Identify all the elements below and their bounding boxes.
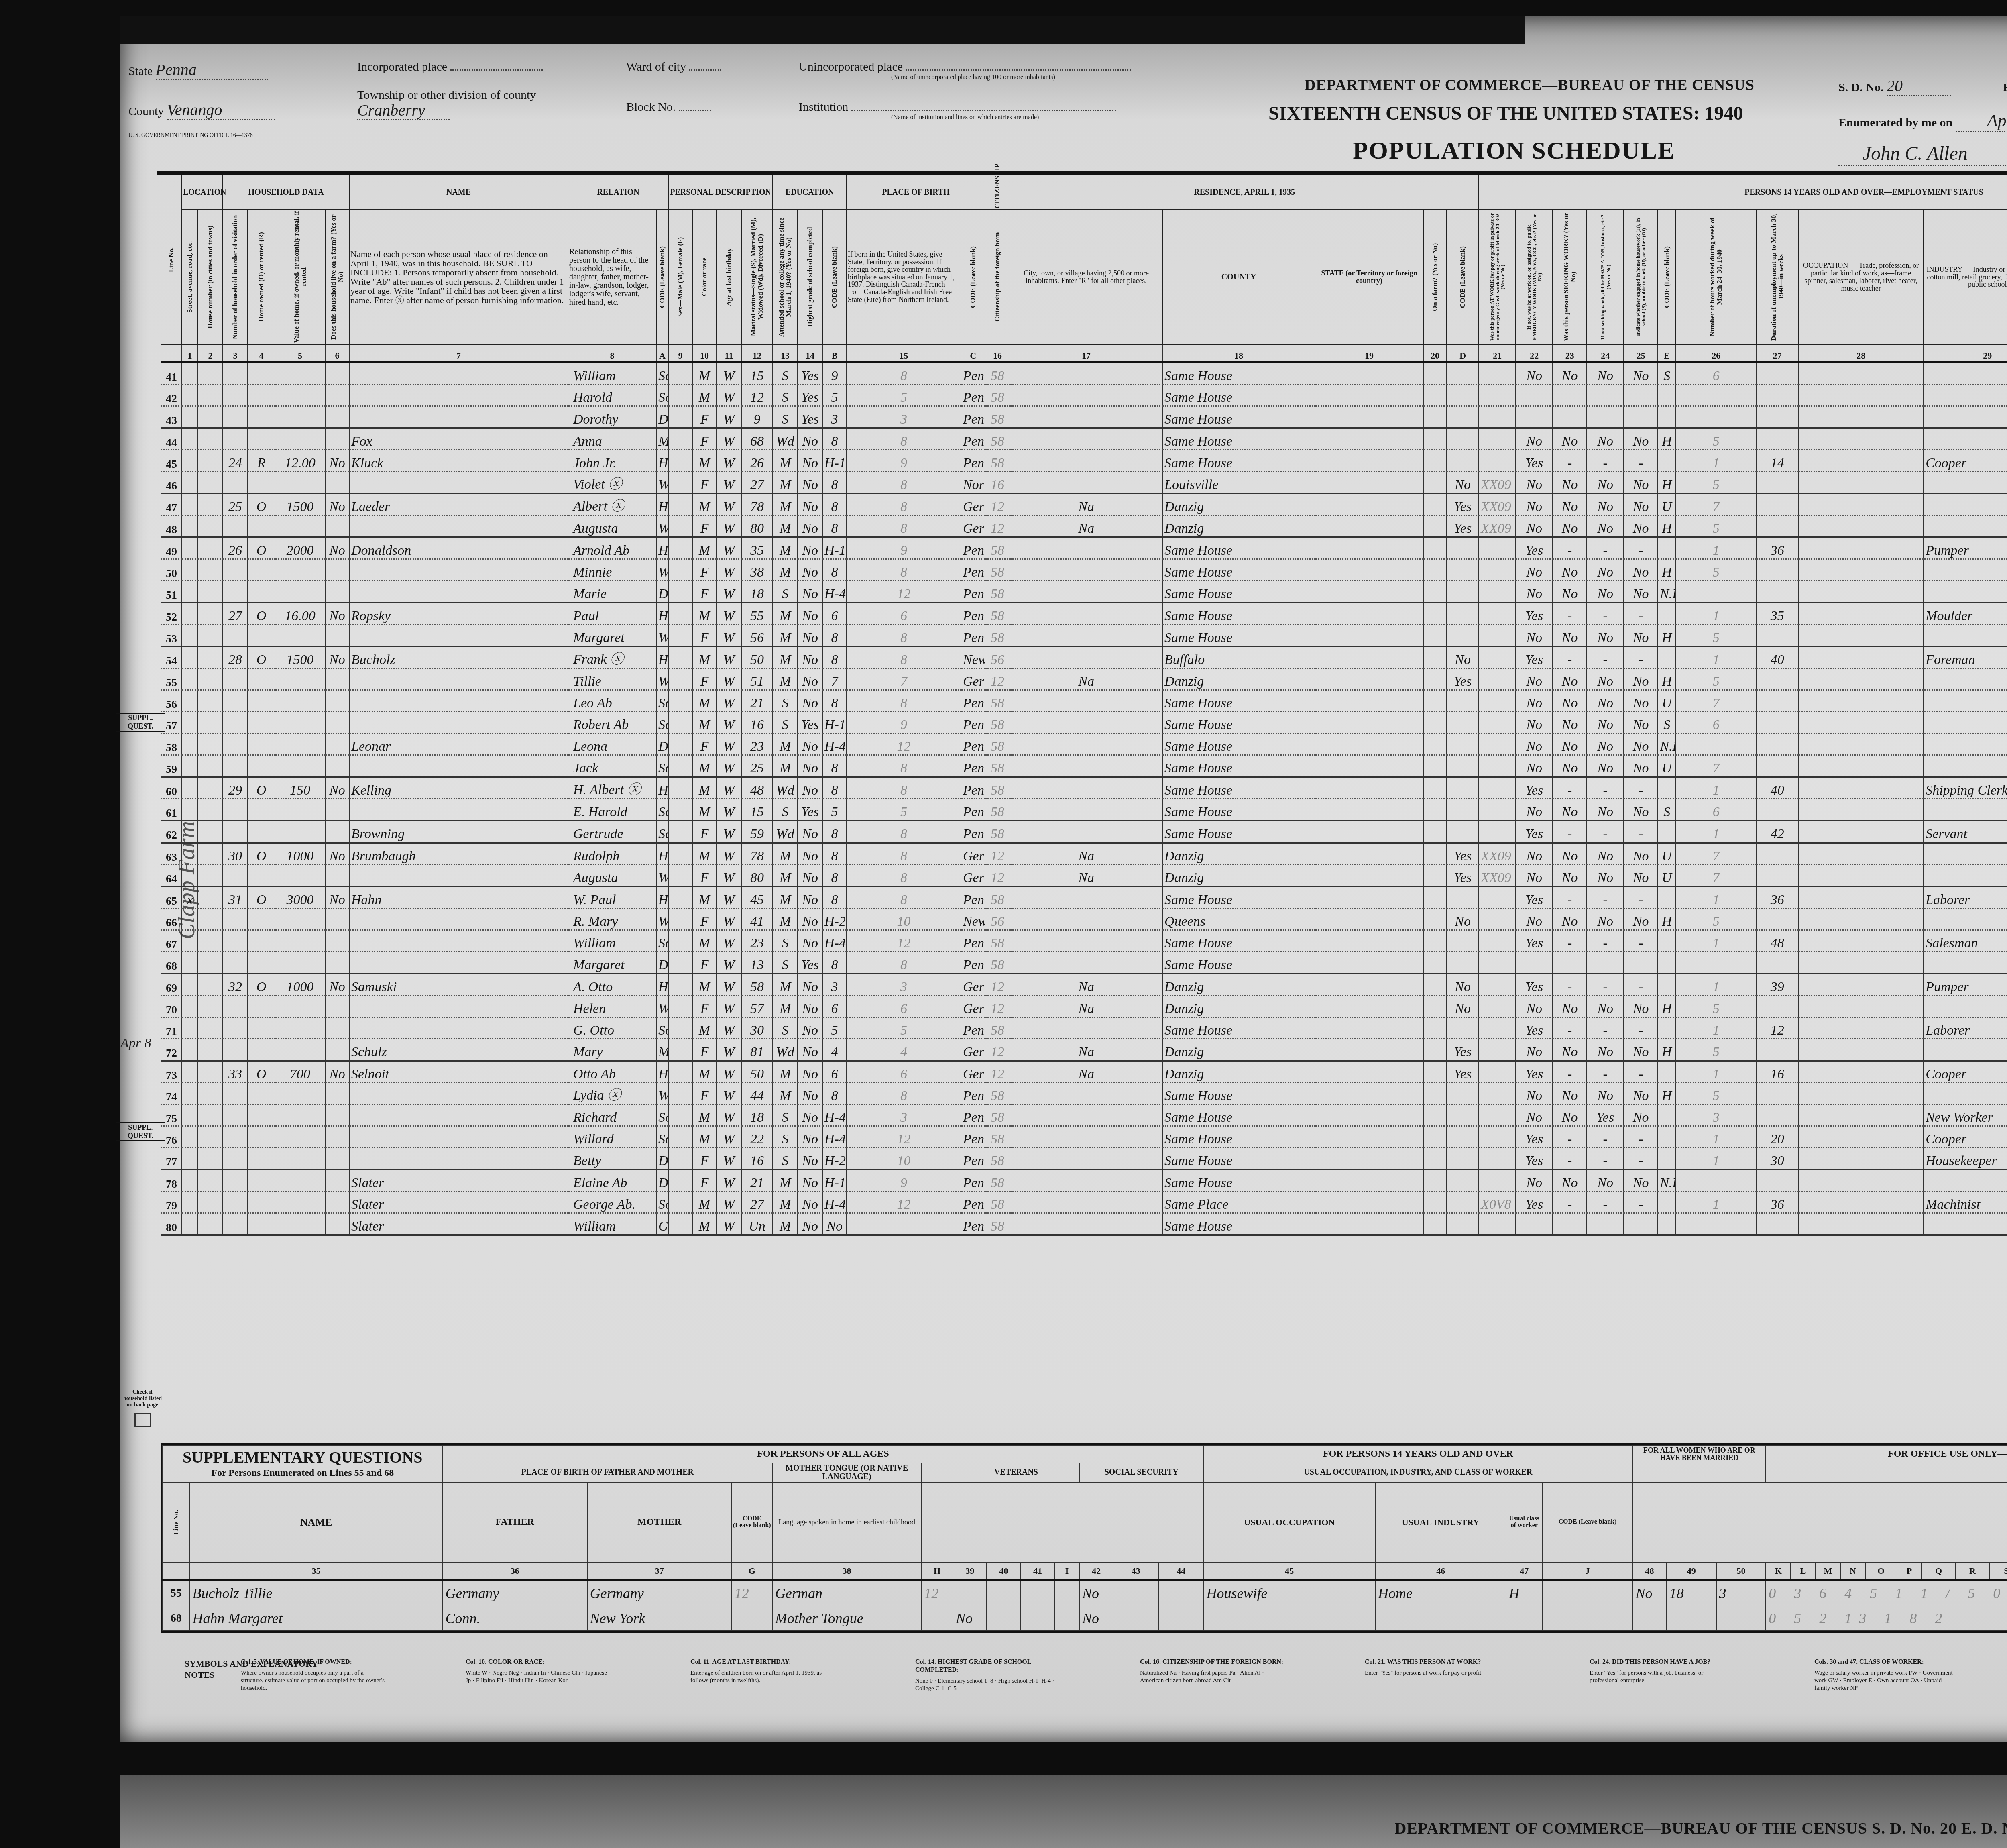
cell-res_city: Same House [1162, 799, 1315, 821]
cell-street [182, 821, 198, 843]
cell-value [275, 1148, 325, 1170]
cell-codeB: 5 [847, 799, 961, 821]
supp-column-number: 40 [987, 1563, 1020, 1580]
cell-codeC: 58 [985, 712, 1010, 733]
supp-cell-empty [987, 1580, 1020, 1606]
column-number: 7 [349, 344, 568, 362]
cell-c24: No [1624, 1039, 1658, 1061]
line-number: 44 [161, 428, 182, 450]
cell-hours [1756, 668, 1798, 690]
cell-c22: No [1553, 865, 1587, 887]
cell-own [248, 406, 275, 428]
cell-street [182, 1017, 198, 1039]
line-number: 51 [161, 581, 182, 603]
cell-surname [349, 625, 568, 647]
cell-sex: M [692, 362, 716, 385]
cell-res_state [1423, 865, 1447, 887]
cell-res_city: Louisville [1162, 472, 1315, 494]
cell-farm [325, 755, 349, 777]
column-number: D [1447, 344, 1479, 362]
cell-res_state [1423, 385, 1447, 406]
cell-codeD [1479, 996, 1516, 1017]
cell-codeE [1676, 952, 1756, 974]
cell-hh [223, 428, 248, 450]
cell-age: 23 [741, 930, 773, 952]
line-number: 60 [161, 777, 182, 799]
cell-res_farm [1447, 362, 1479, 385]
cell-street [182, 1213, 198, 1235]
line-number: 62 [161, 821, 182, 843]
cell-res_state [1423, 603, 1447, 625]
enumeration-date-field: Enumerated by me on April 6 , 1940. [1838, 110, 2007, 132]
cell-street [182, 712, 198, 733]
cell-hh [223, 362, 248, 385]
cell-codeC: 12 [985, 668, 1010, 690]
cell-grade: 8 [822, 755, 847, 777]
cell-hh [223, 515, 248, 538]
cell-mar: M [773, 1170, 798, 1192]
cell-codeD [1479, 668, 1516, 690]
cell-race: W [716, 996, 741, 1017]
cell-codeE [1676, 385, 1756, 406]
cell-grade: 7 [822, 668, 847, 690]
cell-res_state [1423, 668, 1447, 690]
cell-hh [223, 1083, 248, 1104]
cell-house [198, 690, 223, 712]
cell-res_city: Danzig [1162, 1061, 1315, 1083]
cell-c22: No [1553, 909, 1587, 930]
cell-race: W [716, 603, 741, 625]
cell-house [198, 1104, 223, 1126]
cell-codeC: 58 [985, 755, 1010, 777]
cell-c24 [1624, 406, 1658, 428]
cell-c23: No [1587, 625, 1624, 647]
cell-surname: Donaldson [349, 537, 568, 559]
cell-codeB: 10 [847, 909, 961, 930]
cell-res_state [1423, 1192, 1447, 1213]
cell-race: W [716, 865, 741, 887]
cell-occ [1924, 515, 2007, 538]
supp-cell-name: Hahn Margaret [190, 1606, 443, 1631]
cell-res_farm: Yes [1447, 1061, 1479, 1083]
cell-weeks_unemp [1798, 1083, 1924, 1104]
cell-occ [1924, 493, 2007, 515]
cell-age: 13 [741, 952, 773, 974]
line-number: 72 [161, 1039, 182, 1061]
cell-value: 1000 [275, 974, 325, 996]
table-row: 7333O700NoSelnoitOtto AbHeadMW50MNo66Ger… [161, 1061, 2007, 1083]
cell-codeD [1479, 690, 1516, 712]
cell-birth: Germany [961, 974, 985, 996]
cell-codeC: 12 [985, 515, 1010, 538]
cell-sch: No [798, 1039, 822, 1061]
cell-sex: M [692, 799, 716, 821]
township-field: Township or other division of county Cra… [357, 88, 582, 120]
cell-mar: S [773, 581, 798, 603]
supp-column-number: G [732, 1563, 772, 1580]
cell-c23: - [1587, 1061, 1624, 1083]
cell-weeks_unemp [1798, 1213, 1924, 1235]
cell-surname [349, 690, 568, 712]
cell-sex: F [692, 581, 716, 603]
cell-hours: 36 [1756, 1192, 1798, 1213]
cell-rel: Daughter [656, 952, 668, 974]
cell-age: 16 [741, 712, 773, 733]
line-number: 58 [161, 733, 182, 755]
cell-grade: 8 [822, 472, 847, 494]
line-number: 53 [161, 625, 182, 647]
cell-codeD [1479, 362, 1516, 385]
cell-c21: Yes [1516, 821, 1553, 843]
cell-sch: No [798, 996, 822, 1017]
cell-res_county [1315, 362, 1423, 385]
cell-res_farm [1447, 886, 1479, 909]
cell-res_farm [1447, 952, 1479, 974]
cell-res_county [1315, 1148, 1423, 1170]
cell-c25 [1658, 385, 1676, 406]
cell-codeC: 58 [985, 1126, 1010, 1148]
column-number: 6 [325, 344, 349, 362]
cell-birth: Penna [961, 712, 985, 733]
footnote: Cols. 30 and 47. CLASS OF WORKER:Wage or… [1814, 1658, 1959, 1692]
household-check-box[interactable] [134, 1413, 151, 1427]
enumeration-date-value: April 6 [1956, 110, 2007, 132]
cell-res_city: Same House [1162, 406, 1315, 428]
cell-codeB: 8 [847, 428, 961, 450]
cell-house [198, 821, 223, 843]
cell-res_farm [1447, 1213, 1479, 1235]
cell-sex: M [692, 690, 716, 712]
cell-occ: Servant [1924, 821, 2007, 843]
incorporated-place-field: Incorporated place [357, 60, 543, 74]
cell-cit: Na [1010, 493, 1162, 515]
cell-res_city: Same House [1162, 952, 1315, 974]
cell-birth: Penna [961, 1017, 985, 1039]
county-field: County Venango [128, 100, 275, 120]
cell-weeks_unemp [1798, 515, 1924, 538]
cell-c24: No [1624, 843, 1658, 865]
cell-cit: Na [1010, 515, 1162, 538]
cell-street [182, 1192, 198, 1213]
cell-house [198, 646, 223, 668]
explanatory-notes: SYMBOLS AND EXPLANATORY NOTESCol. 5. VAL… [161, 1658, 2007, 1738]
supp-column-number: 46 [1375, 1563, 1506, 1580]
cell-res_state [1423, 406, 1447, 428]
cell-codeA [668, 428, 692, 450]
group-residence: RESIDENCE, APRIL 1, 1935 [1010, 175, 1479, 210]
cell-given: W. Paul [568, 886, 656, 909]
cell-sch: No [798, 690, 822, 712]
cell-value [275, 625, 325, 647]
line-number: 55 [161, 668, 182, 690]
line-number: 65 [161, 886, 182, 909]
cell-mar: M [773, 625, 798, 647]
cell-birth: Germany [961, 843, 985, 865]
cell-res_state [1423, 581, 1447, 603]
cell-codeB: 12 [847, 1126, 961, 1148]
cell-c23: No [1587, 865, 1624, 887]
table-row: 61E. HaroldSonMW15SYes55Penna58Same Hous… [161, 799, 2007, 821]
cell-race: W [716, 472, 741, 494]
cell-c22: - [1553, 974, 1587, 996]
cell-c25: S [1658, 712, 1676, 733]
cell-sex: F [692, 909, 716, 930]
cell-c22 [1553, 406, 1587, 428]
cell-codeD [1479, 559, 1516, 581]
cell-codeA [668, 865, 692, 887]
cell-res_farm [1447, 799, 1479, 821]
supplementary-subtitle: For Persons Enumerated on Lines 55 and 6… [164, 1468, 442, 1478]
line-number: 52 [161, 603, 182, 625]
supp-column-number: 45 [1203, 1563, 1375, 1580]
cell-street [182, 909, 198, 930]
supp-cell-empty [1158, 1606, 1204, 1631]
cell-sch: No [798, 537, 822, 559]
cell-given: Betty [568, 1148, 656, 1170]
cell-given: Harold [568, 385, 656, 406]
cell-grade: 8 [822, 428, 847, 450]
cell-given: Albert ⓧ [568, 493, 656, 515]
cell-house [198, 428, 223, 450]
cell-given: George Ab. [568, 1192, 656, 1213]
cell-res_county [1315, 493, 1423, 515]
cell-sex: M [692, 843, 716, 865]
cell-grade: 6 [822, 603, 847, 625]
line-number: 41 [161, 362, 182, 385]
table-row: 42HaroldSonMW12SYes55Penna58Same House42 [161, 385, 2007, 406]
cell-mar: S [773, 690, 798, 712]
line-number: 64 [161, 865, 182, 887]
cell-weeks_unemp [1798, 1039, 1924, 1061]
cell-res_state [1423, 1213, 1447, 1235]
line-number: 75 [161, 1104, 182, 1126]
cell-codeA [668, 690, 692, 712]
cell-hh [223, 930, 248, 952]
cell-rel: Son [656, 799, 668, 821]
cell-res_state [1423, 1017, 1447, 1039]
cell-value: 2000 [275, 537, 325, 559]
cell-codeC: 58 [985, 886, 1010, 909]
cell-c21: Yes [1516, 930, 1553, 952]
cell-own [248, 668, 275, 690]
table-row: 4725O1500NoLaederAlbert ⓧHeadMW78MNo88Ge… [161, 493, 2007, 515]
cell-res_city: Same House [1162, 1213, 1315, 1235]
cell-codeA [668, 537, 692, 559]
supp-cell-ind: Home [1375, 1580, 1506, 1606]
cell-race: W [716, 690, 741, 712]
cell-birth: Germany [961, 1061, 985, 1083]
cell-occ [1924, 406, 2007, 428]
cell-codeB: 8 [847, 1083, 961, 1104]
cell-mar: M [773, 603, 798, 625]
cell-c22: - [1553, 537, 1587, 559]
cell-c23: No [1587, 1170, 1624, 1192]
header-rule [157, 171, 2007, 175]
cell-own: O [248, 1061, 275, 1083]
supp-column-number: P [1897, 1563, 1922, 1580]
cell-codeB: 4 [847, 1039, 961, 1061]
supp-column-number: 47 [1506, 1563, 1542, 1580]
cell-c22: No [1553, 755, 1587, 777]
cell-codeA [668, 909, 692, 930]
cell-c24: No [1624, 712, 1658, 733]
cell-res_county [1315, 1126, 1423, 1148]
cell-c24: No [1624, 755, 1658, 777]
cell-c23: - [1587, 1017, 1624, 1039]
cell-own: O [248, 537, 275, 559]
cell-c24: - [1624, 886, 1658, 909]
cell-value: 16.00 [275, 603, 325, 625]
cell-cit [1010, 886, 1162, 909]
cell-sex: M [692, 1061, 716, 1083]
cell-codeB: 5 [847, 385, 961, 406]
cell-farm: No [325, 646, 349, 668]
cell-race: W [716, 1017, 741, 1039]
cell-codeD [1479, 1061, 1516, 1083]
cell-value: 1500 [275, 646, 325, 668]
cell-codeA [668, 362, 692, 385]
cell-codeB: 9 [847, 1170, 961, 1192]
cell-c24: No [1624, 362, 1658, 385]
supp-cell-w49 [1667, 1606, 1716, 1631]
line-number: 80 [161, 1213, 182, 1235]
cell-own [248, 385, 275, 406]
cell-given: Tillie [568, 668, 656, 690]
cell-given: Leona [568, 733, 656, 755]
cell-house [198, 1170, 223, 1192]
line-number: 54 [161, 646, 182, 668]
cell-c23: - [1587, 930, 1624, 952]
cell-hours [1756, 712, 1798, 733]
cell-c22: No [1553, 559, 1587, 581]
group-header-row: Line No. LOCATION HOUSEHOLD DATA NAME RE… [161, 175, 2007, 210]
cell-farm [325, 515, 349, 538]
cell-farm [325, 952, 349, 974]
cell-codeD: XX09 [1479, 865, 1516, 887]
cell-res_city: Same House [1162, 603, 1315, 625]
table-row: 67WilliamSonMW23SNoH-412Penna58Same Hous… [161, 930, 2007, 952]
cell-own: O [248, 777, 275, 799]
cell-weeks_unemp [1798, 799, 1924, 821]
cell-cit [1010, 385, 1162, 406]
cell-c21: No [1516, 1104, 1553, 1126]
cell-age: 12 [741, 385, 773, 406]
cell-occ [1924, 865, 2007, 887]
cell-codeB: 8 [847, 865, 961, 887]
cell-res_city: Same House [1162, 559, 1315, 581]
cell-given: Anna [568, 428, 656, 450]
cell-codeE: 1 [1676, 1017, 1756, 1039]
cell-c24: - [1624, 1192, 1658, 1213]
cell-c23: No [1587, 996, 1624, 1017]
cell-value [275, 952, 325, 974]
cell-surname [349, 1148, 568, 1170]
footnote: Col. 5. VALUE OF HOME, IF OWNED:Where ow… [241, 1658, 385, 1692]
column-number: 26 [1676, 344, 1756, 362]
cell-c25: H [1658, 1083, 1676, 1104]
cell-surname [349, 1083, 568, 1104]
cell-mar: S [773, 1104, 798, 1126]
cell-c25 [1658, 450, 1676, 472]
cell-codeC: 58 [985, 690, 1010, 712]
table-row: 62BrowningGertrudeServantFW59WdNo88Penna… [161, 821, 2007, 843]
line-number: 67 [161, 930, 182, 952]
table-row: 55TillieWifeFW51MNo77Germany12NaDanzigYe… [161, 668, 2007, 690]
cell-occ: Moulder [1924, 603, 2007, 625]
column-number: 5 [275, 344, 325, 362]
cell-codeB: 8 [847, 690, 961, 712]
cell-mar: S [773, 1126, 798, 1148]
cell-c25: H [1658, 909, 1676, 930]
cell-birth: Penna. [961, 690, 985, 712]
form-printing-note: U. S. GOVERNMENT PRINTING OFFICE 16—1378 [128, 132, 253, 139]
cell-c23: - [1587, 603, 1624, 625]
cell-res_city: Danzig [1162, 668, 1315, 690]
cell-sch: No [798, 493, 822, 515]
cell-race: W [716, 385, 741, 406]
cell-c22: - [1553, 1126, 1587, 1148]
cell-codeA [668, 843, 692, 865]
cell-grade: 5 [822, 1017, 847, 1039]
cell-weeks_unemp [1798, 974, 1924, 996]
table-row: 50MinnieWifeFW38MNo88Penna58Same HouseNo… [161, 559, 2007, 581]
cell-res_county [1315, 865, 1423, 887]
supp-cell-line: 68 [163, 1606, 190, 1631]
cell-hours: 16 [1756, 1061, 1798, 1083]
cell-grade: 8 [822, 493, 847, 515]
cell-given: H. Albert ⓧ [568, 777, 656, 799]
cell-c23: - [1587, 777, 1624, 799]
cell-hours [1756, 428, 1798, 450]
cell-codeA [668, 952, 692, 974]
table-row: 6029O150NoKellingH. Albert ⓧHeadMW48WdNo… [161, 777, 2007, 799]
cell-c21 [1516, 1213, 1553, 1235]
cell-sch: No [798, 777, 822, 799]
cell-sch: No [798, 1017, 822, 1039]
table-row: 6330O1000NoBrumbaughRudolphHeadMW78MNo88… [161, 843, 2007, 865]
cell-c25: H [1658, 1039, 1676, 1061]
cell-res_state [1423, 974, 1447, 996]
cell-codeD: XX09 [1479, 493, 1516, 515]
cell-res_county [1315, 690, 1423, 712]
cell-sex: M [692, 450, 716, 472]
supp-column-number: 41 [1021, 1563, 1054, 1580]
cell-codeA [668, 450, 692, 472]
cell-res_farm [1447, 450, 1479, 472]
cell-birth: Penna [961, 603, 985, 625]
cell-c25 [1658, 1213, 1676, 1235]
line-number: 76 [161, 1126, 182, 1148]
cell-weeks_unemp [1798, 930, 1924, 952]
cell-house [198, 625, 223, 647]
supp-cell-w48 [1632, 1606, 1666, 1631]
cell-birth: Penna [961, 1104, 985, 1126]
cell-codeD [1479, 733, 1516, 755]
cell-hours [1756, 996, 1798, 1017]
table-row: 64AugustaWifeFW80MNo88Germany12NaDanzigY… [161, 865, 2007, 887]
cell-age: 23 [741, 733, 773, 755]
cell-c23: - [1587, 1192, 1624, 1213]
cell-codeD [1479, 450, 1516, 472]
cell-own [248, 821, 275, 843]
cell-street [182, 625, 198, 647]
cell-codeA [668, 821, 692, 843]
cell-cit [1010, 712, 1162, 733]
cell-codeE: 5 [1676, 428, 1756, 450]
cell-weeks_unemp [1798, 1104, 1924, 1126]
cell-hh [223, 799, 248, 821]
cell-farm [325, 1017, 349, 1039]
